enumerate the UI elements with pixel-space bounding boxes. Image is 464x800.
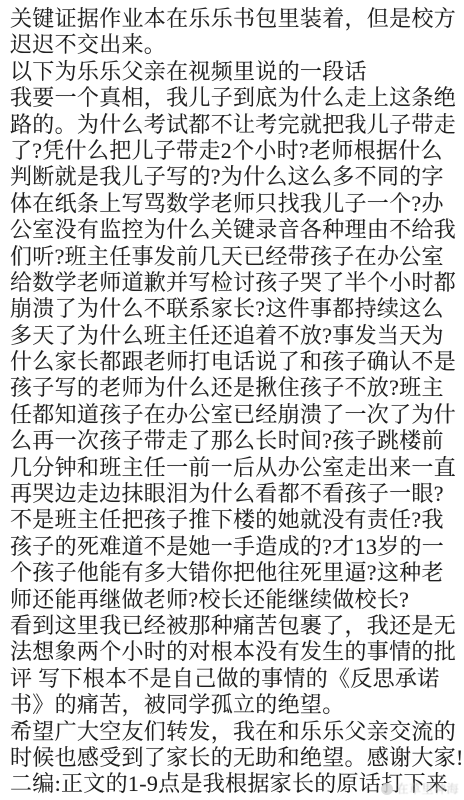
text-line: 孩子的死难道不是她一手造成的?才13岁的一 [10, 534, 460, 560]
text-line: 了?凭什么把儿子带走2个小时?老师根据什么 [10, 138, 460, 164]
text-line: 时候也感受到了家长的无助和绝望。感谢大家! [10, 745, 460, 771]
text-line: 关键证据作业本在乐乐书包里装着，但是校方 [10, 6, 460, 32]
text-line: 几分钟和班主任一前一后从办公室走出来一直 [10, 455, 460, 481]
text-line: 什么家长都跟老师打电话说了和孩子确认不是 [10, 349, 460, 375]
text-line: 我要一个真相，我儿子到底为什么走上这条绝 [10, 85, 460, 111]
text-line: 评 写下根本不是自己做的事情的《反思承诺 [10, 666, 460, 692]
text-line: 崩溃了为什么不联系家长?这件事都持续这么 [10, 296, 460, 322]
text-line: 二编:正文的1-9点是我根据家长的原话打下来 [10, 771, 460, 797]
text-line: 不是班主任把孩子推下楼的她就没有责任?我 [10, 507, 460, 533]
text-line: 师还能再继做老师?校长还能继续做校长? [10, 587, 460, 613]
text-line: 以下为乐乐父亲在视频里说的一段话 [10, 59, 460, 85]
text-line: 多天了为什么班主任还追着不放?事发当天为 [10, 323, 460, 349]
text-line: 判断就是我儿子写的?为什么这么多不同的字 [10, 164, 460, 190]
post-body: 关键证据作业本在乐乐书包里装着，但是校方迟迟不交出来。以下为乐乐父亲在视频里说的… [10, 6, 460, 798]
text-line: 公室没有监控为什么关键录音各种理由不给我 [10, 217, 460, 243]
text-line: 书》的痛苦，被同学孤立的绝望。 [10, 692, 460, 718]
text-line: 看到这里我已经被那种痛苦包裹了，我还是无 [10, 613, 460, 639]
text-line: 路的。为什么考试都不让考完就把我儿子带走 [10, 112, 460, 138]
text-line: 孩子写的老师为什么还是揪住孩子不放?班主 [10, 375, 460, 401]
text-line: 法想象两个小时的对根本没有发生的事情的批 [10, 639, 460, 665]
text-post-screenshot: 关键证据作业本在乐乐书包里装着，但是校方迟迟不交出来。以下为乐乐父亲在视频里说的… [0, 0, 464, 800]
text-line: 体在纸条上写骂数学老师只找我儿子一个?办 [10, 191, 460, 217]
text-line: 迟迟不交出来。 [10, 32, 460, 58]
text-line: 个孩子他能有多大错你把他往死里逼?这种老 [10, 560, 460, 586]
text-line: 们听?班主任事发前几天已经带孩子在办公室 [10, 244, 460, 270]
text-line: 再哭边走边抹眼泪为什么看都不看孩子一眼? [10, 481, 460, 507]
text-line: 给数学老师道歉并写检讨孩子哭了半个小时都 [10, 270, 460, 296]
text-line: 么再一次孩子带走了那么长时间?孩子跳楼前 [10, 428, 460, 454]
text-line: 任都知道孩子在办公室已经崩溃了一次了为什 [10, 402, 460, 428]
text-line: 希望广大空友们转发，我在和乐乐父亲交流的 [10, 719, 460, 745]
